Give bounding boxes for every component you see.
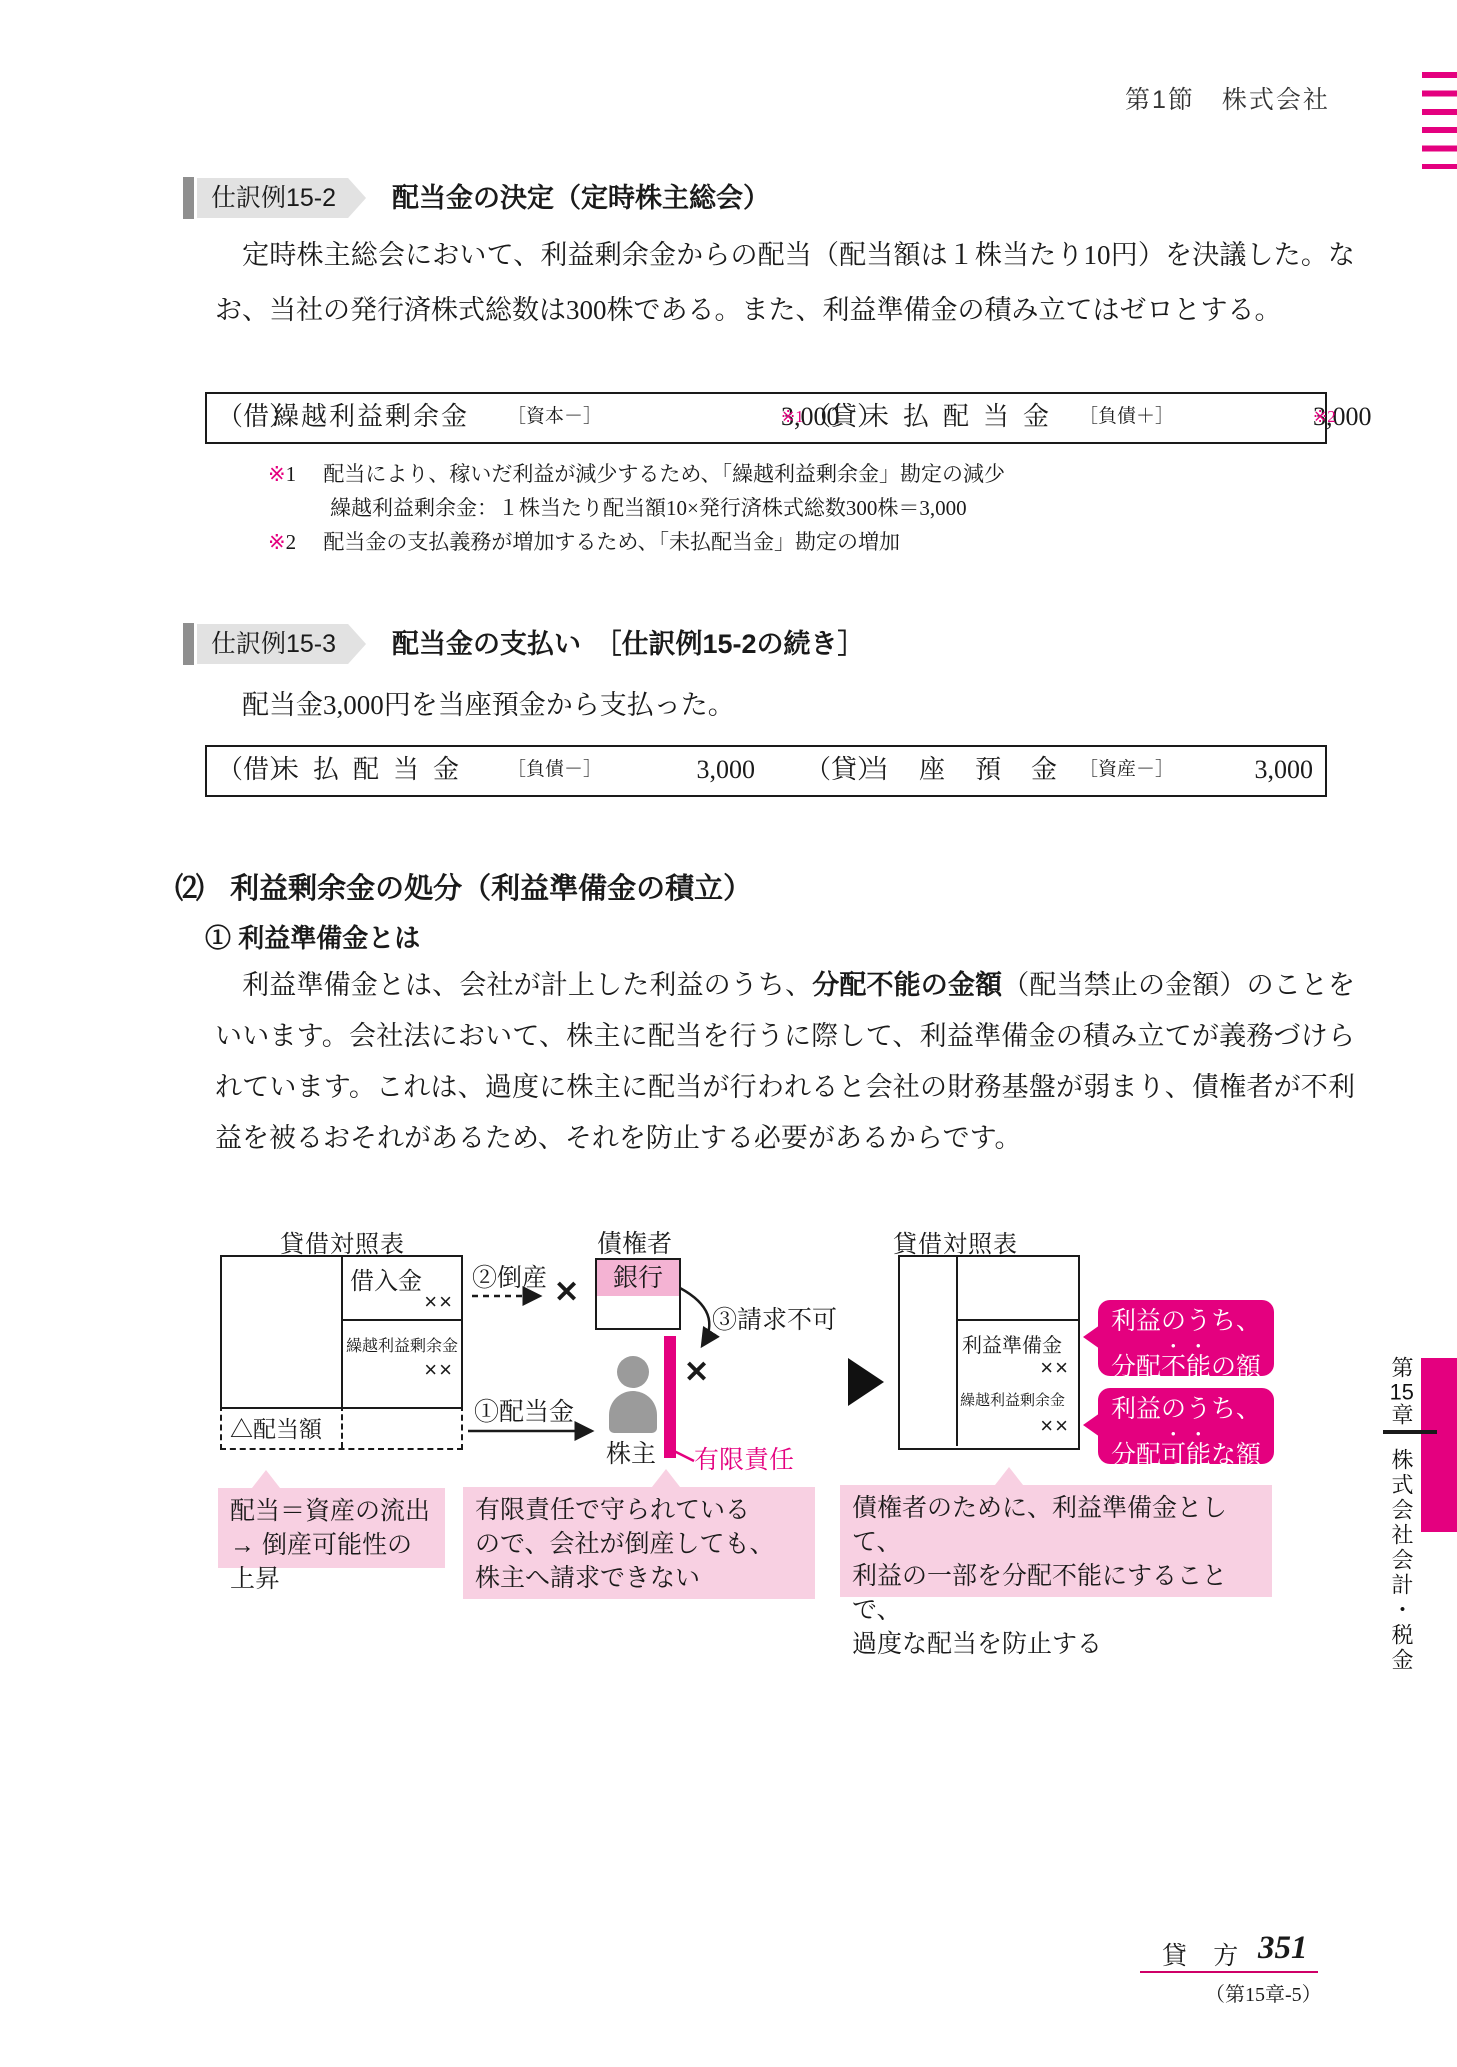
debit-account: 未払配当金 — [273, 747, 473, 793]
section-2-heading: ⑵ 利益剰余金の処分（利益準備金の積立） — [175, 866, 752, 907]
chapter-tab-rule — [1383, 1430, 1437, 1434]
textbook-page: 第1節 株式会社 仕訳例15-2 配当金の決定（定時株主総会） 定時株主総会にお… — [0, 0, 1457, 2067]
note-tail — [252, 1470, 280, 1488]
debit-amount: 3,000 — [655, 747, 755, 793]
bs-right-row1-account: 利益準備金 — [962, 1329, 1062, 1358]
note-tail — [995, 1467, 1023, 1485]
example-15-2-title: 配当金の決定（定時株主総会） — [392, 177, 770, 219]
footnote-1-line-1: ※1 配当により、稼いだ利益が減少するため、「繰越利益剰余金」勘定の減少 — [268, 458, 1005, 488]
credit-amount: 3,000 — [1213, 747, 1313, 793]
credit-element-tag: ［負債＋］ — [1079, 394, 1174, 440]
running-head: 第1節 株式会社 — [1125, 80, 1330, 116]
section-2-subheading: ① 利益準備金とは — [205, 918, 420, 955]
callout-undistributable: 利益のうち、 分配不能の額 — [1098, 1300, 1274, 1376]
example-15-3-body: 配当金3,000円を当座預金から支払った。 — [215, 678, 1355, 733]
credit-account: 未払配当金 — [863, 394, 1063, 440]
credit-account: 当座預金 — [863, 747, 1087, 793]
footer-keyword: 貸 方 — [1162, 1936, 1248, 1972]
page-number: 351 — [1258, 1930, 1308, 1967]
debit-element-tag: ［資本－］ — [507, 394, 602, 440]
credit-element-tag: ［資産－］ — [1079, 747, 1174, 793]
heading-accent-bar — [183, 177, 194, 219]
bs-right-row2-account: 繰越利益剰余金 — [960, 1389, 1065, 1410]
chapter-stripes-icon — [1422, 72, 1457, 169]
journal-entry-15-3: （借） 未払配当金 ［負債－］ 3,000 （貸） 当座預金 ［資産－］ 3,0… — [205, 745, 1327, 797]
debit-footnote-ref: ※1 — [781, 394, 804, 440]
callout-distributable: 利益のうち、 分配可能な額 — [1098, 1388, 1274, 1464]
chapter-number-vertical: 第15章 — [1386, 1356, 1417, 1428]
note-dividend-outflow: 配当＝資産の流出 → 倒産可能性の上昇 — [218, 1488, 445, 1568]
footer-chapter-page: （第15章-5） — [1205, 1978, 1322, 2007]
chapter-tab-block — [1421, 1358, 1457, 1532]
section-2-body: 利益準備金とは、会社が計上した利益のうち、分配不能の金額（配当禁止の金額）のこと… — [215, 960, 1355, 1164]
journal-entry-15-2: （借） 繰越利益剰余金 ［資本－］ 3,000※1 （貸） 未払配当金 ［負債＋… — [205, 392, 1327, 444]
emphasized-term: 分配不能の金額 — [812, 970, 1002, 1000]
note-tail — [652, 1469, 680, 1487]
note-reserve-purpose: 債権者のために、利益準備金として、 利益の一部を分配不能にすることで、 過度な配… — [840, 1485, 1272, 1597]
callout-tail — [1083, 1413, 1100, 1437]
bs-right-row2-amount: ×× — [962, 1413, 1070, 1439]
footer-rule — [1140, 1971, 1318, 1973]
example-15-3-badge: 仕訳例15-3 — [197, 624, 366, 664]
chapter-title-vertical: 株式会社会計・税金 — [1386, 1448, 1417, 1673]
bs-right-title: 貸借対照表 — [893, 1224, 1018, 1259]
note-limited-liability: 有限責任で守られている ので、会社が倒産しても、 株主へ請求できない — [463, 1487, 815, 1599]
footnote-2-line-1: ※2 配当金の支払義務が増加するため、「未払配当金」勘定の増加 — [268, 526, 900, 556]
callout-tail — [1083, 1325, 1100, 1349]
example-15-2-body: 定時株主総会において、利益剰余金からの配当（配当額は１株当たり10円）を決議した… — [215, 228, 1355, 338]
heading-accent-bar — [183, 623, 194, 665]
debit-element-tag: ［負債－］ — [507, 747, 602, 793]
debit-account: 繰越利益剰余金 — [273, 394, 469, 440]
bs-right-table: 利益準備金 ×× 繰越利益剰余金 ×× — [898, 1255, 1080, 1450]
example-15-3-title: 配当金の支払い ［仕訳例15-2の続き］ — [392, 623, 865, 665]
example-15-2-badge: 仕訳例15-2 — [197, 178, 366, 218]
credit-footnote-ref: ※2 — [1313, 394, 1336, 440]
bs-right-row1-amount: ×× — [962, 1355, 1070, 1381]
footnote-1-line-2: 繰越利益剰余金：１株当たり配当額10×発行済株式総数300株＝3,000 — [330, 492, 967, 522]
